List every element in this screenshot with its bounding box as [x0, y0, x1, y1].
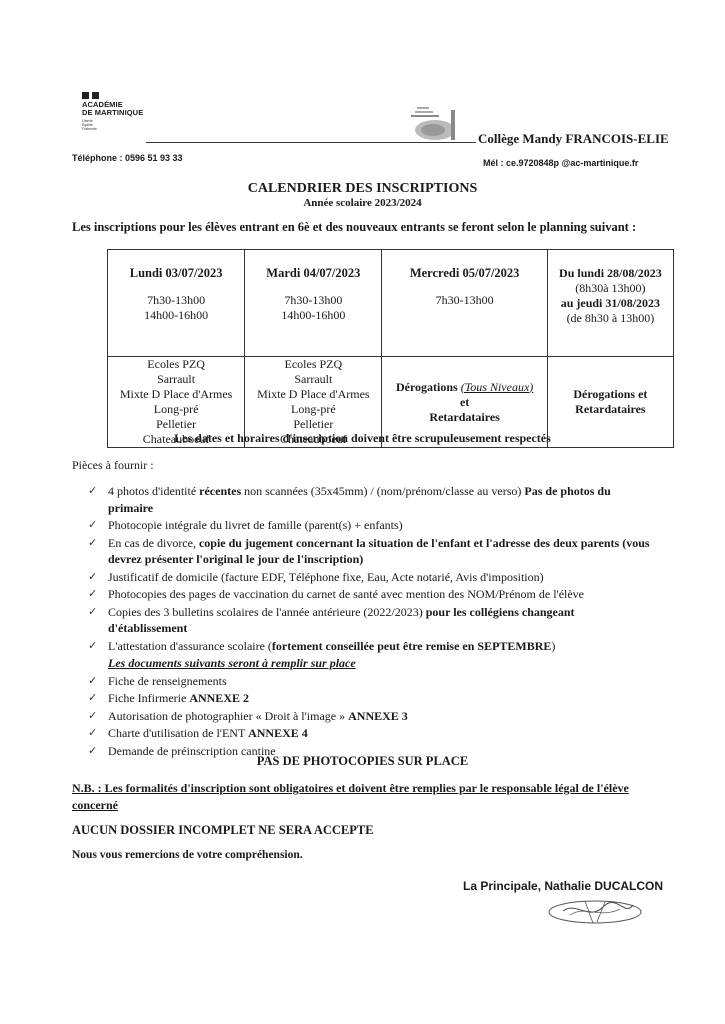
school: Sarrault: [249, 372, 377, 387]
check-icon: ✓: [88, 708, 97, 725]
derogations-line1: Dérogations et: [552, 387, 669, 402]
school: Pelletier: [112, 417, 240, 432]
item-text: Justificatif de domicile (facture EDF, T…: [108, 570, 544, 584]
item-text: 4 photos d'identité: [108, 484, 199, 498]
hours: (de 8h30 à 13h00): [552, 311, 669, 326]
cell-wednesday: Mercredi 05/07/2023 7h30-13h00: [382, 250, 547, 357]
email-address: Mél : ce.9720848p @ac-martinique.fr: [483, 158, 638, 168]
derogations-et: et: [386, 395, 542, 410]
header-divider: [146, 142, 476, 143]
hours: 7h30-13h00: [386, 293, 542, 308]
derogations-line2: Retardataires: [552, 402, 669, 417]
calendar-table: Lundi 03/07/2023 7h30-13h00 14h00-16h00 …: [107, 249, 674, 448]
item-text: Autorisation de photographier « Droit à …: [108, 709, 348, 723]
nb-notice: N.B. : Les formalités d'inscription sont…: [72, 780, 652, 814]
academie-line2: DE MARTINIQUE: [82, 109, 143, 117]
signature-name: La Principale, Nathalie DUCALCON: [463, 879, 663, 893]
thanks-text: Nous vous remercions de votre compréhens…: [72, 849, 303, 861]
school: Ecoles PZQ: [112, 357, 240, 372]
derogations-label: Dérogations: [396, 380, 458, 394]
day-title: Mardi 04/07/2023: [249, 266, 377, 281]
school: Sarrault: [112, 372, 240, 387]
day-title: Mercredi 05/07/2023: [386, 266, 542, 281]
school: Long-pré: [249, 402, 377, 417]
derogations-note: (Tous Niveaux): [461, 380, 534, 394]
college-name: Collège Mandy FRANCOIS-ELIE: [478, 131, 669, 147]
school: Pelletier: [249, 417, 377, 432]
page-subtitle: Année scolaire 2023/2024: [0, 197, 725, 209]
cell-monday: Lundi 03/07/2023 7h30-13h00 14h00-16h00: [108, 250, 245, 357]
pieces-label: Pièces à fournir :: [72, 458, 154, 473]
check-icon: ✓: [88, 604, 97, 621]
devise: Liberté Égalité Fraternité: [82, 119, 97, 131]
item-text: Charte d'utilisation de l'ENT: [108, 726, 248, 740]
official-stamp-icon: [545, 897, 645, 927]
school: Long-pré: [112, 402, 240, 417]
item-text: non scannées (35x45mm) / (nom/prénom/cla…: [241, 484, 524, 498]
onsite-item: ✓Fiche Infirmerie ANNEXE 2: [84, 690, 654, 707]
onsite-item: ✓Autorisation de photographier « Droit à…: [84, 708, 654, 725]
pieces-list: ✓4 photos d'identité récentes non scanné…: [84, 483, 654, 760]
day-title: Du lundi 28/08/2023: [552, 266, 669, 281]
piece-item: ✓En cas de divorce, copie du jugement co…: [84, 535, 654, 568]
check-icon: ✓: [88, 569, 97, 586]
day-title: Lundi 03/07/2023: [112, 266, 240, 281]
check-icon: ✓: [88, 517, 97, 534]
incomplete-warning: AUCUN DOSSIER INCOMPLET NE SERA ACCEPTE: [72, 823, 374, 838]
hours: (8h30à 13h00): [552, 281, 669, 296]
piece-item: ✓L'attestation d'assurance scolaire (for…: [84, 638, 654, 655]
item-text: Photocopies des pages de vaccination du …: [108, 587, 584, 601]
hours: 14h00-16h00: [112, 308, 240, 323]
school: Ecoles PZQ: [249, 357, 377, 372]
piece-item: ✓Copies des 3 bulletins scolaires de l'a…: [84, 604, 654, 637]
hours: 7h30-13h00: [112, 293, 240, 308]
emphasis-text: récentes: [199, 484, 241, 498]
check-icon: ✓: [88, 535, 97, 552]
hours: 14h00-16h00: [249, 308, 377, 323]
item-text: Copies des 3 bulletins scolaires de l'an…: [108, 605, 426, 619]
republic-logo-icon: [82, 92, 99, 99]
emphasis-text: fortement conseillée peut être remise en…: [272, 639, 552, 653]
emphasis-text: ANNEXE 2: [189, 691, 249, 705]
cell-late-august: Du lundi 28/08/2023 (8h30à 13h00) au jeu…: [547, 250, 673, 357]
onsite-heading: Les documents suivants seront à remplir …: [84, 655, 654, 672]
item-text: L'attestation d'assurance scolaire (: [108, 639, 272, 653]
cell-tuesday: Mardi 04/07/2023 7h30-13h00 14h00-16h00: [245, 250, 382, 357]
check-icon: ✓: [88, 725, 97, 742]
hours: 7h30-13h00: [249, 293, 377, 308]
item-text: Fiche de renseignements: [108, 674, 227, 688]
derogations-line: Dérogations (Tous Niveaux): [386, 380, 542, 395]
piece-item: ✓Photocopie intégrale du livret de famil…: [84, 517, 654, 534]
school: Mixte D Place d'Armes: [112, 387, 240, 402]
table-row-dates: Lundi 03/07/2023 7h30-13h00 14h00-16h00 …: [108, 250, 674, 357]
item-text: ): [551, 639, 555, 653]
check-icon: ✓: [88, 586, 97, 603]
piece-item: ✓4 photos d'identité récentes non scanné…: [84, 483, 654, 516]
onsite-item: ✓Fiche de renseignements: [84, 673, 654, 690]
check-icon: ✓: [88, 638, 97, 655]
devise-3: Fraternité: [82, 127, 97, 131]
notice-text: Les dates et horaires d'inscription doiv…: [0, 431, 725, 446]
derogations-retard: Retardataires: [386, 410, 542, 425]
no-photocopies-notice: PAS DE PHOTOCOPIES SUR PLACE: [0, 754, 725, 769]
item-text: Fiche Infirmerie: [108, 691, 189, 705]
emphasis-text: ANNEXE 3: [348, 709, 408, 723]
item-text: Photocopie intégrale du livret de famill…: [108, 518, 403, 532]
day-title-end: au jeudi 31/08/2023: [552, 296, 669, 311]
piece-item: ✓Justificatif de domicile (facture EDF, …: [84, 569, 654, 586]
check-icon: ✓: [88, 690, 97, 707]
piece-item: ✓Photocopies des pages de vaccination du…: [84, 586, 654, 603]
academie-name: ACADÉMIE DE MARTINIQUE: [82, 101, 143, 117]
college-logo-icon: [411, 104, 461, 142]
onsite-item: ✓Charte d'utilisation de l'ENT ANNEXE 4: [84, 725, 654, 742]
phone-number: Téléphone : 0596 51 93 33: [72, 153, 183, 163]
item-text: En cas de divorce,: [108, 536, 199, 550]
page-title: CALENDRIER DES INSCRIPTIONS: [0, 181, 725, 197]
check-icon: ✓: [88, 483, 97, 500]
intro-text: Les inscriptions pour les élèves entrant…: [72, 220, 636, 235]
school: Mixte D Place d'Armes: [249, 387, 377, 402]
emphasis-text: ANNEXE 4: [248, 726, 308, 740]
check-icon: ✓: [88, 673, 97, 690]
